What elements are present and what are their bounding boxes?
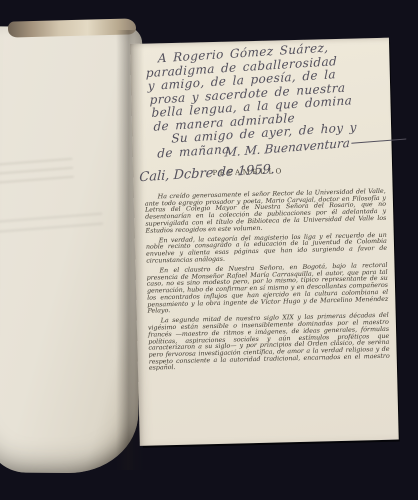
book-photo: A Rogerio Gómez Suárez, paradigma de cab…: [0, 0, 418, 500]
preamble-paragraph: En verdad, la categoría del magisterio l…: [146, 233, 388, 266]
right-page: A Rogerio Gómez Suárez, paradigma de cab…: [130, 38, 399, 446]
show-through-text: [0, 152, 74, 184]
page-curl-edge: [8, 18, 136, 37]
preamble-paragraph: En el claustro de Nuestra Señora, en Bog…: [146, 263, 388, 316]
preamble-paragraph: Ha creído generosamente el señor Rector …: [145, 189, 387, 235]
preamble-paragraph: La segunda mitad de nuestro siglo XIX y …: [148, 313, 390, 372]
preamble-body: Ha creído generosamente el señor Rector …: [145, 189, 390, 376]
show-through-text: [0, 205, 103, 233]
left-page: [0, 26, 142, 474]
handwritten-dateline: Cali, Dcbre de 1959.: [139, 162, 275, 185]
